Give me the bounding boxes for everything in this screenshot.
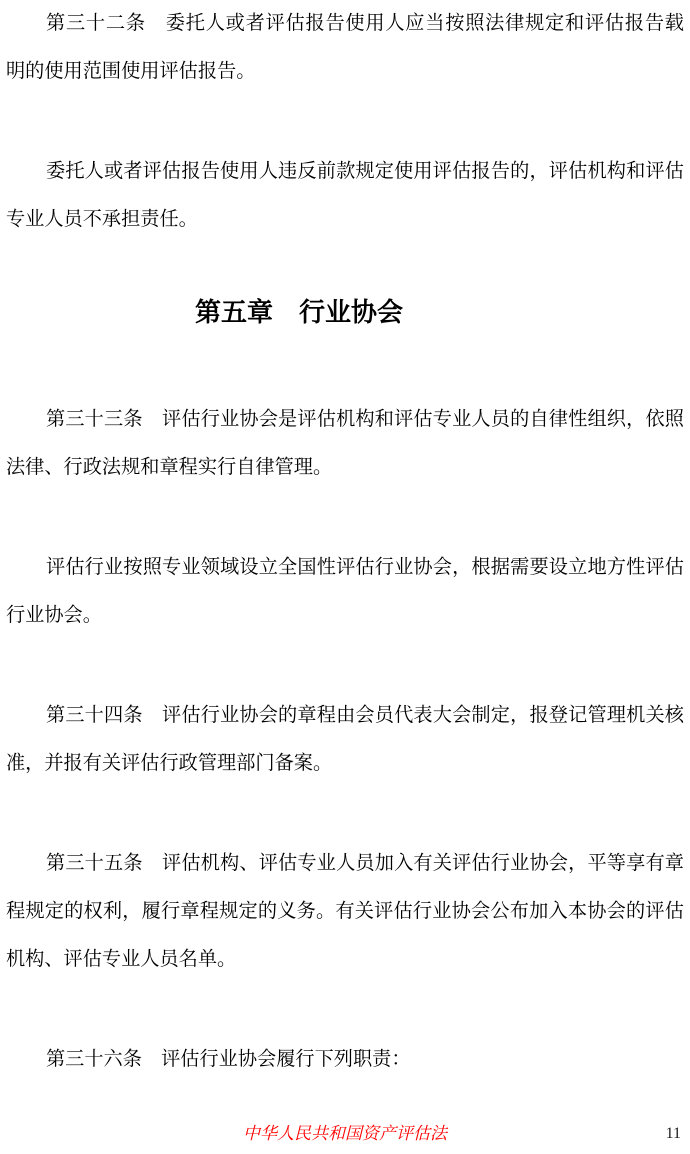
paragraph: 第三十四条 评估行业协会的章程由会员代表大会制定，报登记管理机关核准，并报有关评… <box>6 692 684 788</box>
text-line: 评估行业按照专业领域设立全国性评估行业协会，根据需要设立地方性评估 <box>6 544 684 592</box>
text-line: 第三十四条 评估行业协会的章程由会员代表大会制定，报登记管理机关核 <box>6 692 684 740</box>
document-body: 第三十二条 委托人或者评估报告使用人应当按照法律规定和评估报告载明的使用范围使用… <box>6 0 684 1136</box>
text-line: 第三十五条 评估机构、评估专业人员加入有关评估行业协会，平等享有章 <box>6 840 684 888</box>
text-line: 明的使用范围使用评估报告。 <box>6 48 684 96</box>
paragraph: 第三十三条 评估行业协会是评估机构和评估专业人员的自律性组织，依照法律、行政法规… <box>6 396 684 492</box>
text-line: 第三十二条 委托人或者评估报告使用人应当按照法律规定和评估报告载 <box>6 0 684 48</box>
text-line: 第三十六条 评估行业协会履行下列职责： <box>6 1036 684 1084</box>
chapter-heading-text: 第五章 行业协会 <box>0 288 638 336</box>
paragraph: 第三十五条 评估机构、评估专业人员加入有关评估行业协会，平等享有章程规定的权利，… <box>6 840 684 984</box>
text-line: 机构、评估专业人员名单。 <box>6 936 684 984</box>
page-footer: 中华人民共和国资产评估法 11 <box>0 1121 690 1147</box>
text-line: 第三十三条 评估行业协会是评估机构和评估专业人员的自律性组织，依照 <box>6 396 684 444</box>
paragraph: 第三十六条 评估行业协会履行下列职责： <box>6 1036 684 1084</box>
paragraph: 第三十二条 委托人或者评估报告使用人应当按照法律规定和评估报告载明的使用范围使用… <box>6 0 684 96</box>
paragraph: 委托人或者评估报告使用人违反前款规定使用评估报告的，评估机构和评估专业人员不承担… <box>6 148 684 244</box>
text-line: 准，并报有关评估行政管理部门备案。 <box>6 740 684 788</box>
text-line: 程规定的权利，履行章程规定的义务。有关评估行业协会公布加入本协会的评估 <box>6 888 684 936</box>
page-number: 11 <box>666 1121 681 1147</box>
text-line: 法律、行政法规和章程实行自律管理。 <box>6 444 684 492</box>
document-page: 第三十二条 委托人或者评估报告使用人应当按照法律规定和评估报告载明的使用范围使用… <box>0 0 690 1154</box>
chapter-heading: 第五章 行业协会 <box>0 288 638 336</box>
footer-document-title: 中华人民共和国资产评估法 <box>0 1121 690 1147</box>
text-line: 行业协会。 <box>6 592 684 640</box>
paragraph: 评估行业按照专业领域设立全国性评估行业协会，根据需要设立地方性评估行业协会。 <box>6 544 684 640</box>
text-line: 专业人员不承担责任。 <box>6 196 684 244</box>
text-line: 委托人或者评估报告使用人违反前款规定使用评估报告的，评估机构和评估 <box>6 148 684 196</box>
